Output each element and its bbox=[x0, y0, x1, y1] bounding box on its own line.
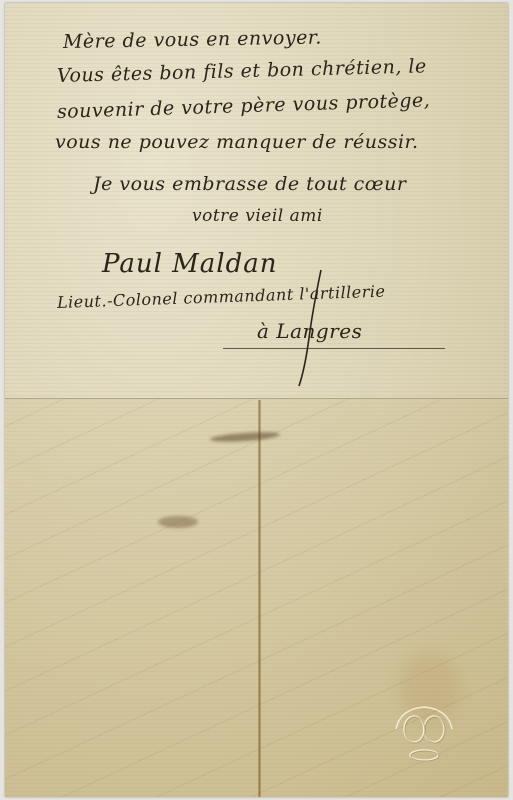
letter-valediction: votre vieil ami bbox=[192, 206, 323, 226]
signature: Paul Maldan bbox=[102, 249, 277, 279]
letter-body-line: Mère de vous en envoyer. bbox=[63, 26, 322, 53]
letter-body-line: Vous êtes bon fils et bon chrétien, le bbox=[57, 55, 427, 87]
signer-location: à Langres bbox=[257, 319, 362, 343]
vertical-fold bbox=[258, 400, 261, 797]
letter-body-line: souvenir de votre père vous protège, bbox=[57, 89, 431, 123]
signer-title: Lieut.-Colonel commandant l'artillerie bbox=[57, 282, 386, 312]
embossed-seal-icon bbox=[390, 703, 458, 765]
letter-content: Mère de vous en envoyer. Vous êtes bon f… bbox=[5, 3, 508, 398]
signature-underline bbox=[223, 348, 445, 349]
stain-spot bbox=[158, 516, 198, 528]
letter-closing: Je vous embrasse de tout cœur bbox=[93, 173, 406, 195]
letter-sheet: Mère de vous en envoyer. Vous êtes bon f… bbox=[5, 3, 508, 797]
horizontal-fold bbox=[5, 398, 508, 400]
ink-smudge bbox=[210, 431, 280, 444]
letter-body-line: vous ne pouvez manquer de réussir. bbox=[55, 131, 419, 153]
